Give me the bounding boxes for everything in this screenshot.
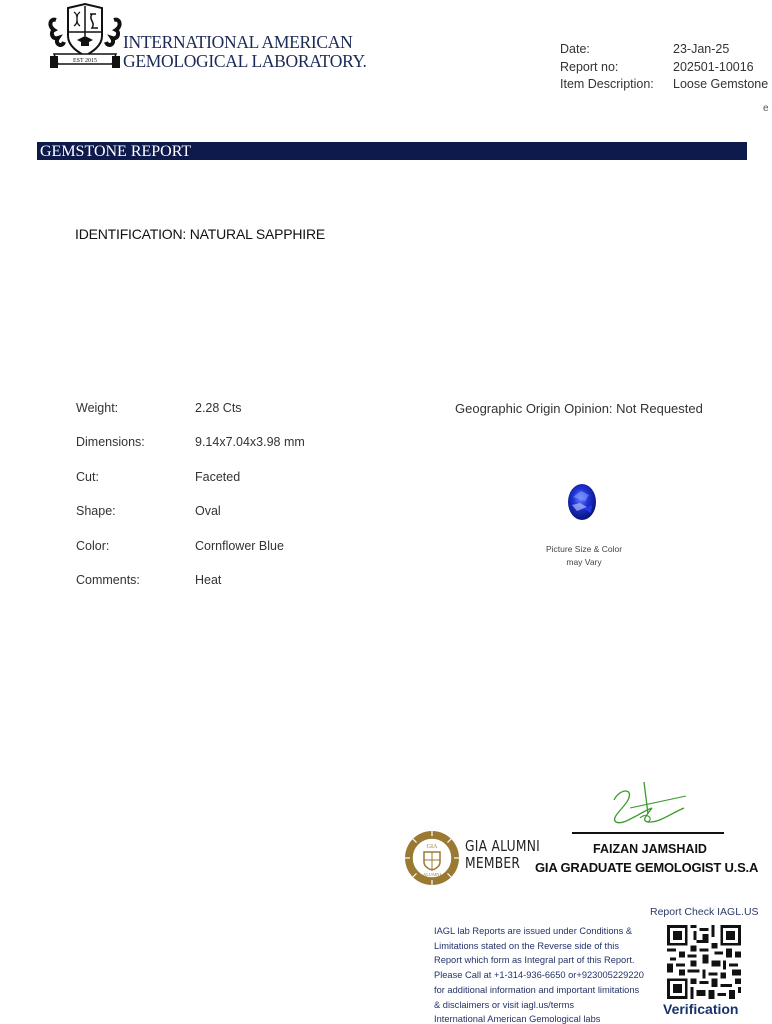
property-value: Oval bbox=[195, 504, 221, 538]
meta-item-desc-row: Item Description: Loose Gemstone bbox=[560, 76, 768, 94]
stray-mark: e bbox=[763, 103, 769, 114]
caption-line2: may Vary bbox=[530, 556, 638, 569]
property-label: Comments: bbox=[76, 573, 195, 607]
origin-opinion: Geographic Origin Opinion: Not Requested bbox=[455, 401, 703, 416]
gem-properties: Weight:2.28 Cts Dimensions:9.14x7.04x3.9… bbox=[76, 401, 305, 607]
disclaimer: IAGL lab Reports are issued under Condit… bbox=[434, 924, 654, 1024]
disclaimer-line: Report which form as Integral part of th… bbox=[434, 953, 654, 968]
property-row: Comments:Heat bbox=[76, 573, 305, 607]
disclaimer-line: for additional information and important… bbox=[434, 983, 654, 998]
identification: IDENTIFICATION: NATURAL SAPPHIRE bbox=[75, 226, 325, 242]
item-desc-value: Loose Gemstone bbox=[673, 76, 768, 94]
property-label: Cut: bbox=[76, 470, 195, 504]
property-value: Cornflower Blue bbox=[195, 539, 284, 573]
signer-name: FAIZAN JAMSHAID bbox=[560, 842, 740, 856]
report-no-value: 202501-10016 bbox=[673, 59, 754, 77]
sapphire-icon bbox=[567, 483, 597, 521]
caption-line1: Picture Size & Color bbox=[530, 543, 638, 556]
disclaimer-line: Limitations stated on the Reverse side o… bbox=[434, 939, 654, 954]
property-row: Dimensions:9.14x7.04x3.98 mm bbox=[76, 435, 305, 469]
property-value: 2.28 Cts bbox=[195, 401, 242, 435]
date-label: Date: bbox=[560, 41, 673, 59]
property-row: Weight:2.28 Cts bbox=[76, 401, 305, 435]
signature-icon bbox=[600, 778, 690, 830]
svg-text:EST 2015: EST 2015 bbox=[73, 58, 97, 64]
svg-text:GIA: GIA bbox=[427, 844, 438, 850]
verification-qr-code[interactable] bbox=[667, 925, 741, 999]
signature bbox=[600, 778, 690, 830]
lab-logo-emblem: EST 2015 bbox=[48, 2, 122, 72]
gemstone-image bbox=[567, 483, 597, 521]
disclaimer-line: IAGL lab Reports are issued under Condit… bbox=[434, 924, 654, 939]
gia-alumni-seal: GIA ALUMNI bbox=[404, 830, 460, 886]
report-no-label: Report no: bbox=[560, 59, 673, 77]
gia-seal-icon: GIA ALUMNI bbox=[404, 830, 460, 886]
lab-name: INTERNATIONAL AMERICAN GEMOLOGICAL LABOR… bbox=[123, 33, 367, 71]
disclaimer-line: International American Gemological labs bbox=[434, 1012, 654, 1024]
signature-line bbox=[572, 832, 724, 834]
property-label: Shape: bbox=[76, 504, 195, 538]
gia-alumni-line2: MEMBER bbox=[465, 855, 540, 872]
qr-code-icon bbox=[667, 925, 741, 999]
property-row: Shape:Oval bbox=[76, 504, 305, 538]
meta-report-no-row: Report no: 202501-10016 bbox=[560, 59, 768, 77]
verification-label: Verification bbox=[663, 1001, 738, 1017]
disclaimer-line: Please Call at +1-314-936-6650 or+923005… bbox=[434, 968, 654, 983]
property-row: Color:Cornflower Blue bbox=[76, 539, 305, 573]
property-label: Color: bbox=[76, 539, 195, 573]
lab-name-line1: INTERNATIONAL AMERICAN bbox=[123, 33, 367, 52]
property-label: Weight: bbox=[76, 401, 195, 435]
property-value: 9.14x7.04x3.98 mm bbox=[195, 435, 305, 469]
property-value: Heat bbox=[195, 573, 221, 607]
property-row: Cut:Faceted bbox=[76, 470, 305, 504]
crest-icon: EST 2015 bbox=[48, 2, 122, 72]
meta-date-row: Date: 23-Jan-25 bbox=[560, 41, 768, 59]
report-check-link[interactable]: Report Check IAGL.US bbox=[650, 906, 759, 918]
lab-name-line2: GEMOLOGICAL LABORATORY. bbox=[123, 52, 367, 71]
signer-title: GIA GRADUATE GEMOLOGIST U.S.A bbox=[535, 860, 758, 875]
report-banner: GEMSTONE REPORT bbox=[37, 142, 747, 160]
gia-alumni-line1: GIA ALUMNI bbox=[465, 838, 540, 855]
property-label: Dimensions: bbox=[76, 435, 195, 469]
disclaimer-line: & disclaimers or visit iagl.us/terms bbox=[434, 998, 654, 1013]
svg-text:ALUMNI: ALUMNI bbox=[423, 872, 441, 877]
gia-alumni-text: GIA ALUMNI MEMBER bbox=[465, 838, 540, 872]
item-desc-label: Item Description: bbox=[560, 76, 673, 94]
date-value: 23-Jan-25 bbox=[673, 41, 729, 59]
report-meta: Date: 23-Jan-25 Report no: 202501-10016 … bbox=[560, 41, 768, 94]
image-caption: Picture Size & Color may Vary bbox=[530, 543, 638, 568]
property-value: Faceted bbox=[195, 470, 240, 504]
